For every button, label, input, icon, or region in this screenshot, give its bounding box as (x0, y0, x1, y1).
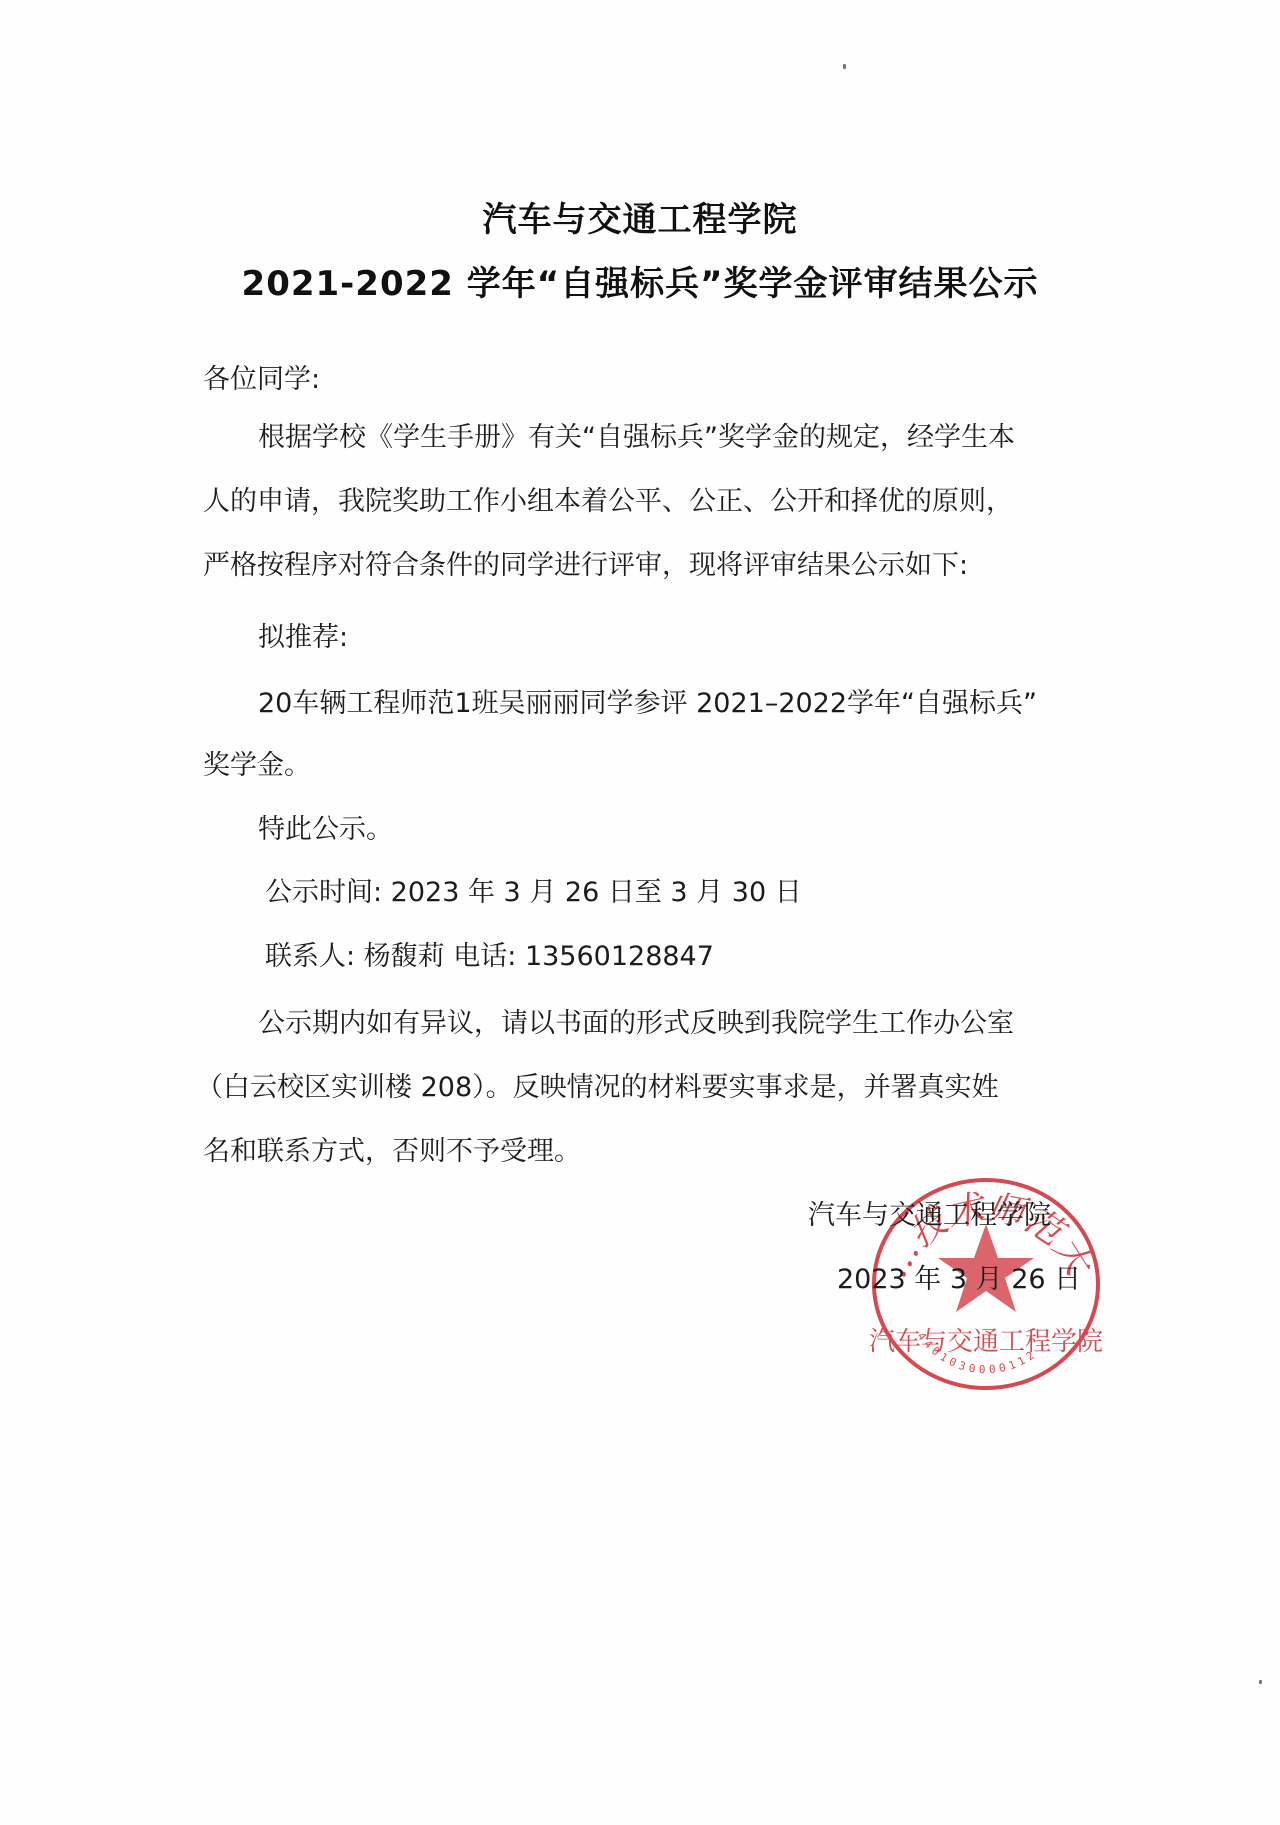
document-title-institution: 汽车与交通工程学院 (0, 192, 1280, 241)
scan-speck (1259, 1680, 1262, 1684)
signature-date: 2023 年 3 月 26 日 (837, 1262, 1081, 1298)
contact-info: 联系人: 杨馥莉 电话: 13560128847 (265, 939, 714, 975)
svg-text:汽车与交通工程学院: 汽车与交通工程学院 (869, 1327, 1103, 1357)
recommendation-line-2: 奖学金。 (203, 748, 311, 784)
announcement: 特此公示。 (258, 812, 393, 848)
objection-line-1: 公示期内如有异议，请以书面的形式反映到我院学生工作办公室 (258, 1006, 1014, 1042)
paragraph-1-line-3: 严格按程序对符合条件的同学进行评审，现将评审结果公示如下: (203, 548, 968, 584)
objection-line-2: （白云校区实训楼 208）。反映情况的材料要实事求是，并署真实姓 (196, 1070, 999, 1106)
recommendation-line-1: 20车辆工程师范1班吴丽丽同学参评 2021–2022学年“自强标兵” (258, 686, 1037, 722)
document-page: 汽车与交通工程学院 2021-2022 学年“自强标兵”奖学金评审结果公示 各位… (0, 0, 1280, 1825)
publicity-period: 公示时间: 2023 年 3 月 26 日至 3 月 30 日 (265, 875, 802, 911)
paragraph-1-line-1: 根据学校《学生手册》有关“自强标兵”奖学金的规定，经学生本 (258, 420, 1015, 456)
salutation: 各位同学: (203, 362, 320, 398)
recommend-label: 拟推荐: (258, 620, 348, 656)
document-title-notice: 2021-2022 学年“自强标兵”奖学金评审结果公示 (0, 256, 1280, 305)
scan-speck (843, 64, 846, 69)
objection-line-3: 名和联系方式，否则不予受理。 (203, 1134, 581, 1170)
signature-organization: 汽车与交通工程学院 (808, 1198, 1051, 1234)
paragraph-1-line-2: 人的申请，我院奖助工作小组本着公平、公正、公开和择优的原则， (203, 484, 1013, 520)
